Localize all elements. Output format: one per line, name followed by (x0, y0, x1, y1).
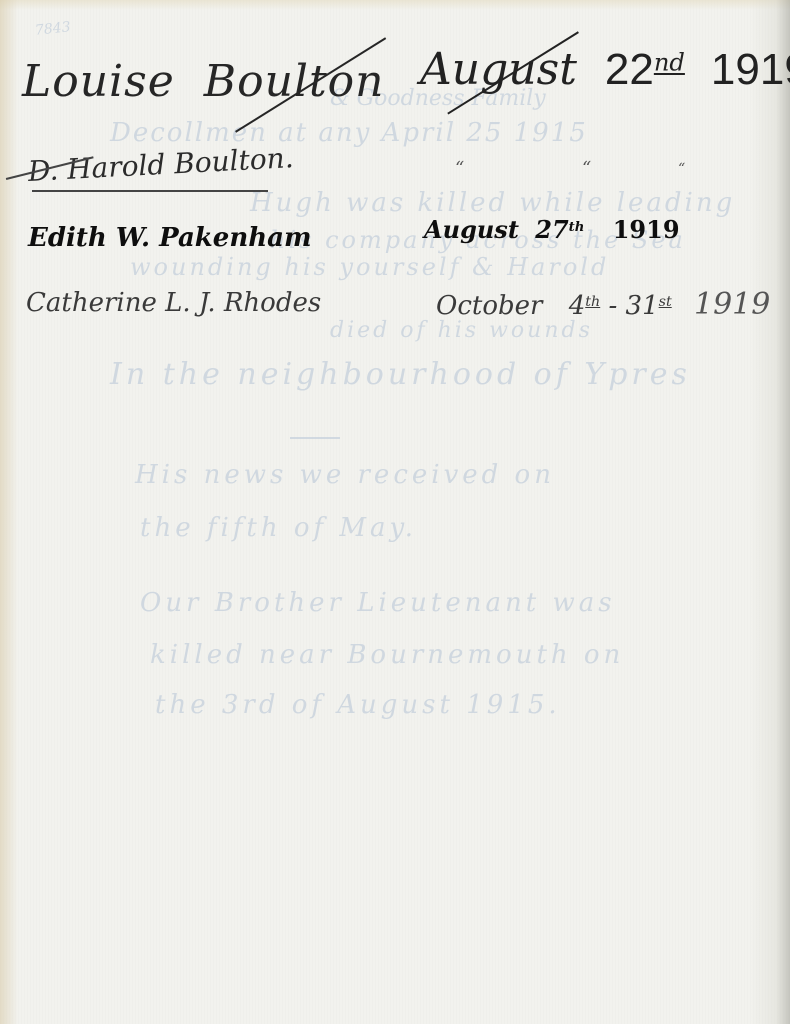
bleed-through-divider (290, 437, 340, 439)
entry-4-date-year: 1919 (694, 287, 770, 322)
entry-3-date: August 27th 1919 (424, 218, 680, 242)
entry-4-date-suffix-end: st (659, 294, 672, 310)
bleed-through-line: died of his wounds (330, 320, 593, 342)
entry-3-date-year: 1919 (613, 215, 680, 244)
entry-1-last-name: Boulton (204, 60, 385, 104)
entry-4-date-day: 4 (569, 291, 586, 321)
entry-2-underline (32, 190, 268, 192)
entry-1-date-suffix: nd (654, 49, 685, 77)
entry-4-date-month: October (436, 291, 542, 321)
entry-1-date: August 22nd 1919- (420, 48, 790, 92)
entry-2-signature: D. Harold Boulton. (27, 144, 294, 186)
bleed-through-line: Hugh was killed while leading (250, 190, 735, 216)
bleed-through-line: His news we received on (135, 462, 555, 488)
entry-4-date: October 4th - 31st 1919 (436, 290, 770, 320)
entry-2-ditto-day: “ (582, 160, 591, 178)
entry-4-signature: Catherine L. J. Rhodes (26, 290, 321, 316)
entry-3-date-month: August (424, 215, 519, 244)
register-page: 7843 & Goodness Family Decollmen at any … (0, 0, 790, 1024)
entry-3-date-day: 27 (535, 215, 568, 244)
entry-1-date-month: August (420, 48, 577, 92)
bleed-through-line: the 3rd of August 1915. (155, 692, 561, 718)
entry-1-first-name: Louise (22, 56, 175, 107)
entry-4-date-suffix: th (585, 294, 600, 310)
entry-1-date-year: 1919- (711, 45, 790, 94)
bleed-through-line: Our Brother Lieutenant was (140, 590, 616, 616)
bleed-through-line: In the neighbourhood of Ypres (110, 360, 691, 390)
entry-1-signature: Louise Boulton (22, 60, 385, 104)
bleed-through-line: wounding his yourself & Harold (130, 255, 609, 279)
entry-2-ditto-month: “ (455, 160, 464, 178)
entry-2-ditto-year: “ (678, 162, 685, 176)
bleed-through-corner-mark: 7843 (34, 20, 71, 38)
entry-4-date-range-separator: - (608, 291, 617, 321)
entry-1-date-day: 22 (605, 45, 654, 94)
entry-4-date-day-end: 31 (626, 291, 659, 321)
entry-3-date-suffix: th (569, 220, 585, 235)
bleed-through-line: the fifth of May. (140, 515, 417, 541)
bleed-through-line: killed near Bournemouth on (150, 642, 624, 668)
entry-3-signature: Edith W. Pakenham (28, 225, 312, 251)
bleed-through-line: Decollmen at any April 25 1915 (110, 120, 588, 146)
